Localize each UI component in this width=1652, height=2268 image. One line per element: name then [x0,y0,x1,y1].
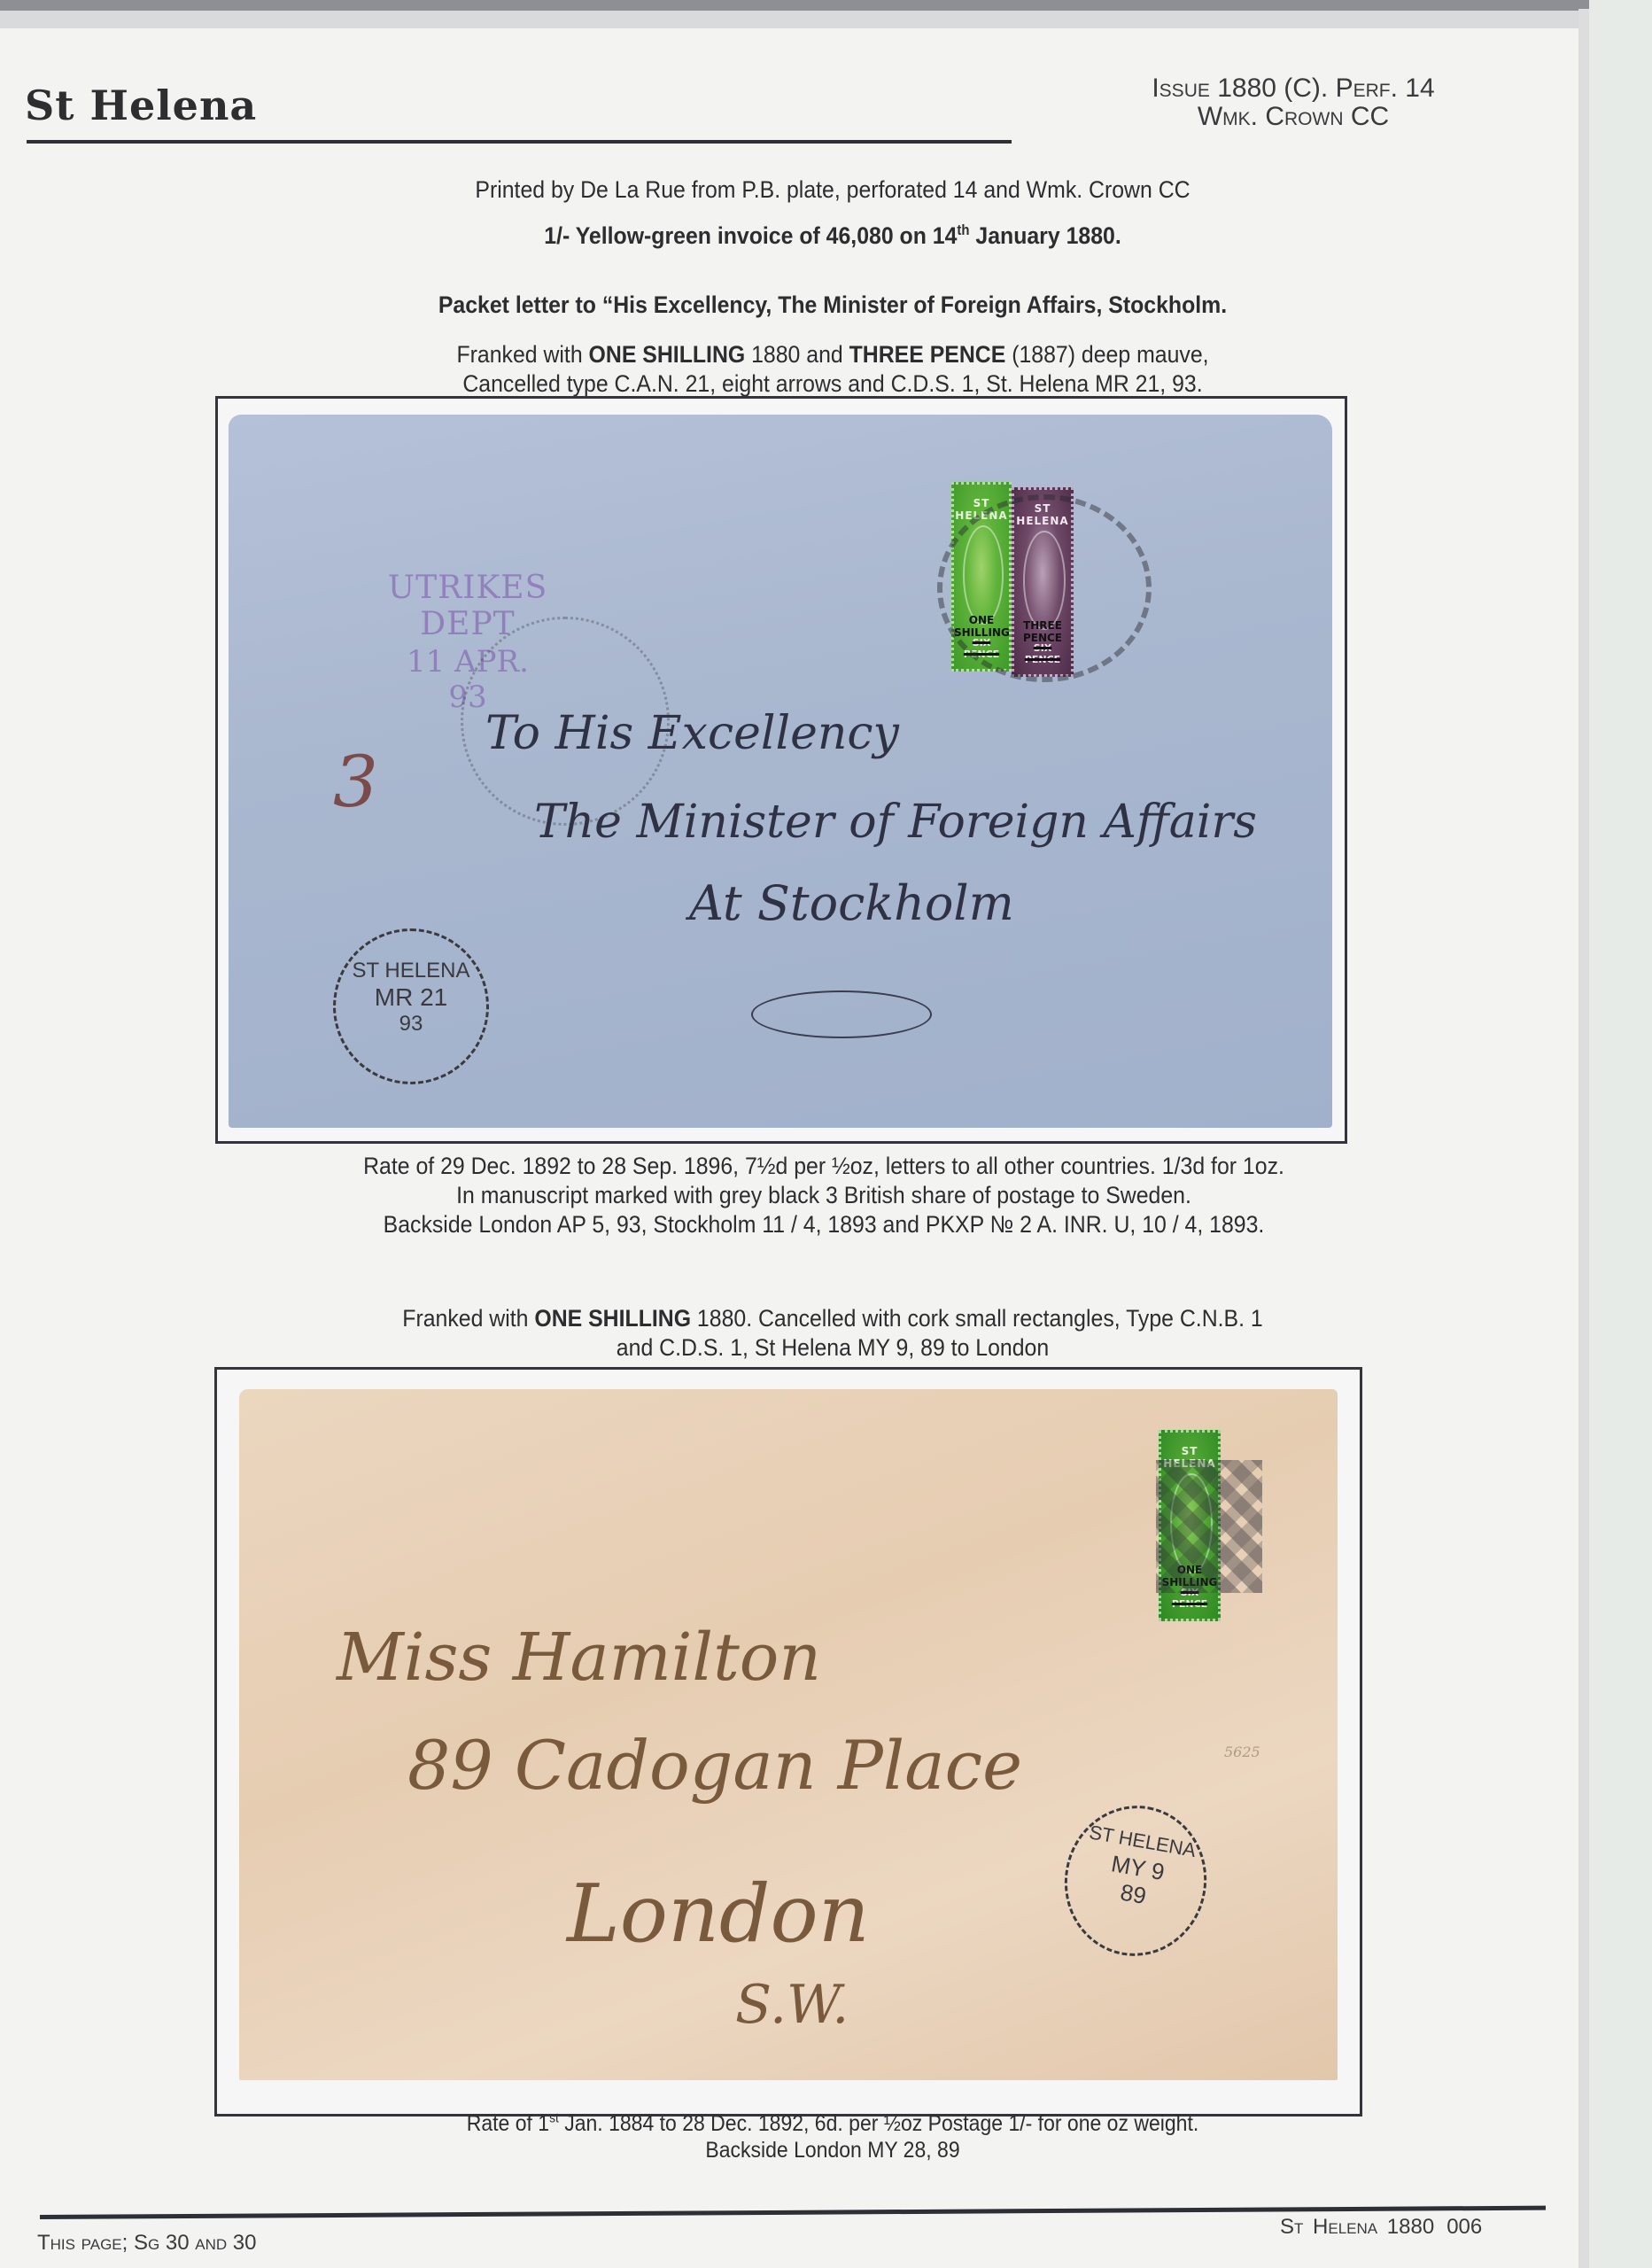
text: Jan. 1884 to 28 Dec. 1892, 6d. per ½oz P… [559,2111,1198,2136]
footer-page-info: St Helena 1880006 [1280,2215,1482,2240]
address-line-3: London [567,1868,870,1961]
address-line-1: To His Excellency [485,707,899,760]
text: 1880. Cancelled with cork small rectangl… [691,1305,1263,1332]
text: (1887) deep mauve, [1005,341,1208,368]
bold-text: THREE PENCE [849,341,1006,368]
arrows-cancel-icon [937,494,1152,682]
cds-line3: 93 [336,1011,486,1037]
issue-heading: Issue 1880 (C). Perf. 14 Wmk. Crown CC [1054,74,1532,131]
address-line-2: 89 Cadogan Place [407,1726,1022,1805]
cds-st-helena: ST HELENA MY 9 89 [1052,1794,1218,1967]
footer-section: St Helena 1880 [1280,2215,1434,2239]
cover1-note-line: Backside London AP 5, 93, Stockholm 11 /… [197,1210,1452,1239]
printer-text: Printed by De La Rue from P.B. plate, pe… [229,175,1436,205]
bold-text: ONE SHILLING [534,1305,691,1332]
cover1-envelope: ST HELENA ONE SHILLING SIX PENCE ST HELE… [229,415,1332,1128]
text: Rate of 1 [467,2111,549,2136]
cover2-desc-line2: and C.D.S. 1, St Helena MY 9, 89 to Lond… [229,1333,1436,1363]
invoice-text: 1/- Yellow-green invoice of 46,080 on 14… [229,221,1436,251]
title-underline [27,140,1012,144]
cover2-note-line1: Rate of 1st Jan. 1884 to 28 Dec. 1892, 6… [229,2110,1436,2137]
cds-line2: MR 21 [336,984,486,1011]
address-line-4: S.W. [735,1974,849,2036]
cover1-desc-line2: Cancelled type C.A.N. 21, eight arrows a… [229,369,1436,399]
cover1-notes: Rate of 29 Dec. 1892 to 28 Sep. 1896, 7½… [197,1152,1452,1239]
cover2-desc-line1: Franked with ONE SHILLING 1880. Cancelle… [229,1304,1436,1333]
text: 1880 and [745,341,849,368]
printer-line: Printed by De La Rue from P.B. plate, pe… [229,175,1436,205]
pencil-note: 5625 [1224,1744,1260,1760]
manuscript-rate-mark: 3 [333,741,378,823]
page-number: 006 [1446,2215,1482,2239]
flourish-icon [751,990,932,1038]
cover2-notes: Rate of 1st Jan. 1884 to 28 Dec. 1892, 6… [229,2110,1436,2163]
issue-line-1: Issue 1880 (C). Perf. 14 [1054,74,1532,103]
sup: st [549,2111,559,2126]
issue-line-2: Wmk. Crown CC [1054,103,1532,131]
address-line-1: Miss Hamilton [337,1619,821,1696]
invoice-line: 1/- Yellow-green invoice of 46,080 on 14… [229,221,1436,251]
scan-right-margin [1589,0,1652,2268]
cover1-note-line: Rate of 29 Dec. 1892 to 28 Sep. 1896, 7½… [197,1152,1452,1181]
cover2-envelope: ST HELENA ONE SHILLING SIX PENCE Miss Ha… [239,1389,1338,2080]
cover1-note-line: In manuscript marked with grey black 3 B… [197,1181,1452,1210]
page-right-edge [1578,9,1589,2268]
text: Franked with [402,1305,534,1332]
footer-catalogue-ref: This page; Sg 30 and 30 [37,2231,257,2256]
address-line-3: At Stockholm [689,875,1014,931]
cover1-description: Franked with ONE SHILLING 1880 and THREE… [229,340,1436,399]
address-line-2: The Minister of Foreign Affairs [534,796,1257,849]
page-title: St Helena [25,82,257,129]
invoice-sup: th [957,222,969,238]
packet-text: Packet letter to “His Excellency, The Mi… [229,291,1436,320]
scan-top-edge-light [0,11,1652,30]
cover1-desc-line1: Franked with ONE SHILLING 1880 and THREE… [229,340,1436,369]
cds-st-helena: ST HELENA MR 21 93 [333,928,489,1084]
cover2-description: Franked with ONE SHILLING 1880. Cancelle… [229,1304,1436,1363]
scan-top-edge [0,0,1652,11]
cds-line1: ST HELENA [336,958,486,984]
cover2-note-line2: Backside London MY 28, 89 [229,2137,1436,2163]
text: Franked with [456,341,588,368]
packet-line: Packet letter to “His Excellency, The Mi… [229,291,1436,320]
invoice-suffix: January 1880. [969,222,1121,249]
cork-rectangles-cancel-icon [1156,1460,1262,1593]
invoice-prefix: 1/- Yellow-green invoice of 46,080 on 14 [544,222,957,249]
bold-text: ONE SHILLING [589,341,746,368]
